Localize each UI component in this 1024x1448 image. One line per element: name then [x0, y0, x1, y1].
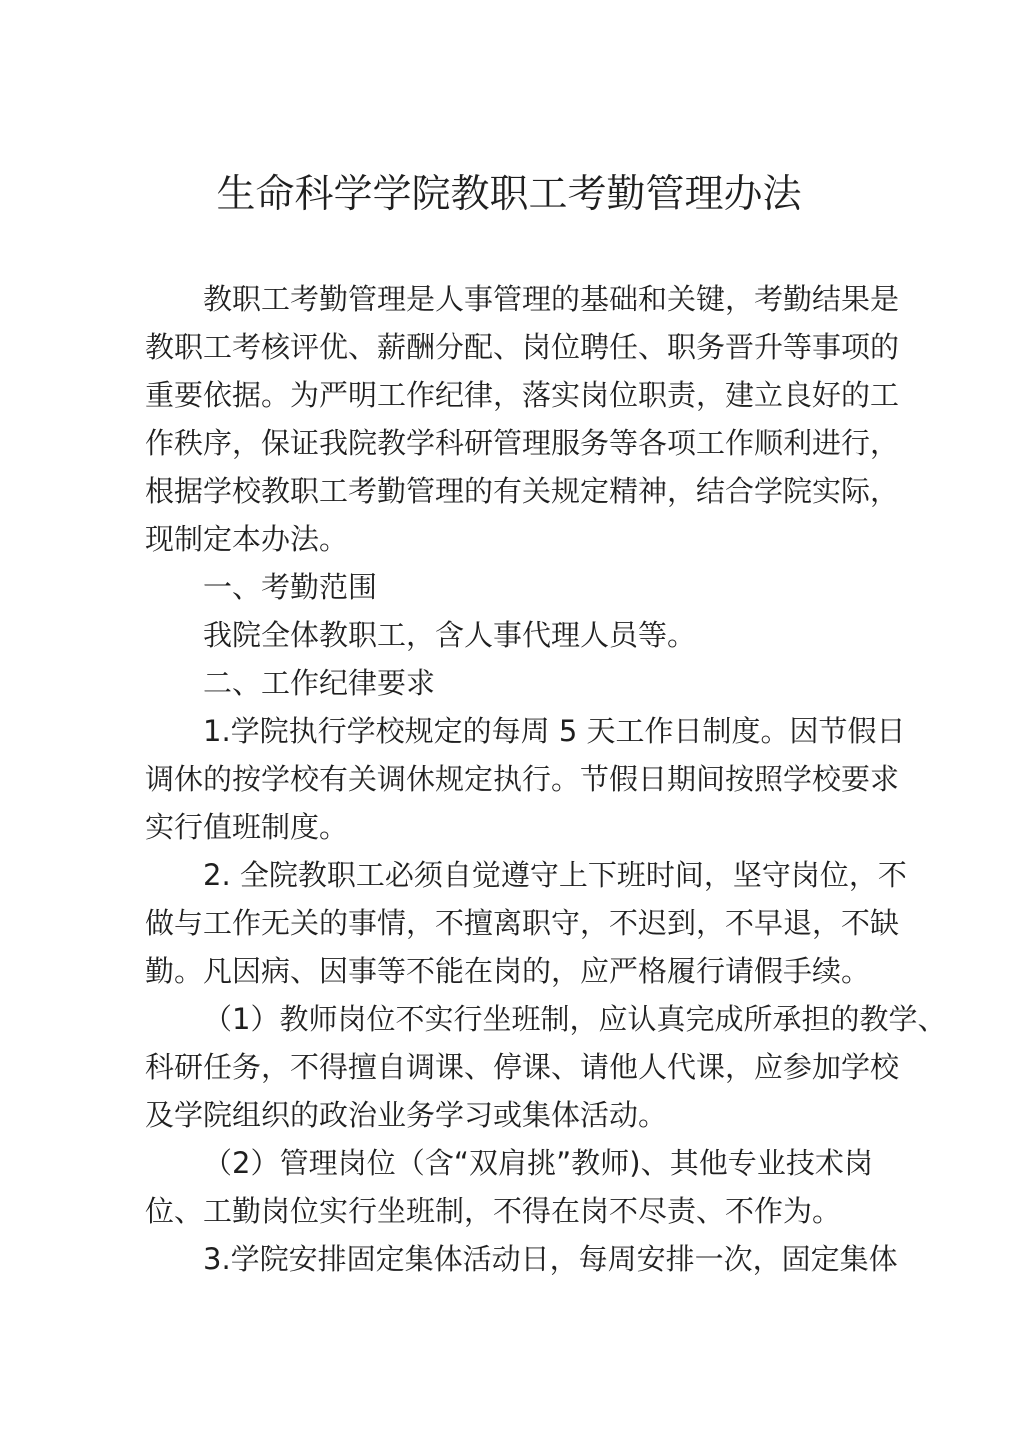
text-line: 1.学院执行学校规定的每周 5 天工作日制度。因节假日: [145, 707, 873, 755]
text-line: 2. 全院教职工必须自觉遵守上下班时间，坚守岗位，不: [145, 851, 873, 899]
document-page: 生命科学学院教职工考勤管理办法 教职工考勤管理是人事管理的基础和关键，考勤结果是…: [0, 0, 1024, 1448]
text-line: 勤。凡因病、因事等不能在岗的，应严格履行请假手续。: [145, 947, 873, 995]
document-title: 生命科学学院教职工考勤管理办法: [145, 167, 873, 223]
text-line: 3.学院安排固定集体活动日，每周安排一次，固定集体: [145, 1235, 873, 1283]
text-line: 做与工作无关的事情，不擅离职守，不迟到，不早退，不缺: [145, 899, 873, 947]
text-line: 教职工考勤管理是人事管理的基础和关键，考勤结果是: [145, 275, 873, 323]
text-line: 作秩序，保证我院教学科研管理服务等各项工作顺利进行，: [145, 419, 873, 467]
text-line: 及学院组织的政治业务学习或集体活动。: [145, 1091, 873, 1139]
section-heading: 二、工作纪律要求: [145, 659, 873, 707]
section-heading: 一、考勤范围: [145, 563, 873, 611]
text-line: 调休的按学校有关调休规定执行。节假日期间按照学校要求: [145, 755, 873, 803]
text-line: 科研任务，不得擅自调课、停课、请他人代课，应参加学校: [145, 1043, 873, 1091]
text-line: 教职工考核评优、薪酬分配、岗位聘任、职务晋升等事项的: [145, 323, 873, 371]
text-line: 重要依据。为严明工作纪律，落实岗位职责，建立良好的工: [145, 371, 873, 419]
text-line: 现制定本办法。: [145, 515, 873, 563]
text-line: （1）教师岗位不实行坐班制，应认真完成所承担的教学、: [145, 995, 873, 1043]
text-line: 根据学校教职工考勤管理的有关规定精神，结合学院实际，: [145, 467, 873, 515]
document-body: 教职工考勤管理是人事管理的基础和关键，考勤结果是 教职工考核评优、薪酬分配、岗位…: [145, 275, 873, 1283]
text-line: 位、工勤岗位实行坐班制，不得在岗不尽责、不作为。: [145, 1187, 873, 1235]
text-line: 我院全体教职工，含人事代理人员等。: [145, 611, 873, 659]
text-line: （2）管理岗位（含“双肩挑”教师)、其他专业技术岗: [145, 1139, 873, 1187]
text-line: 实行值班制度。: [145, 803, 873, 851]
